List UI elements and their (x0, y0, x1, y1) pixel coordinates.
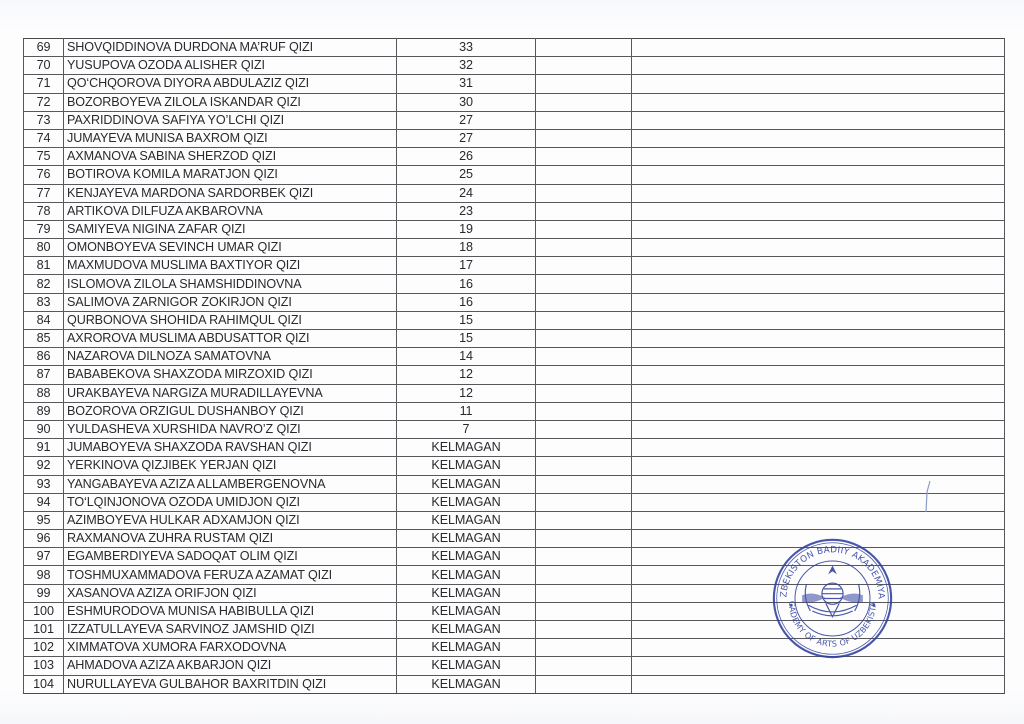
empty-cell (536, 111, 632, 129)
table-row: 97 EGAMBERDIYEVA SADOQAT OLIM QIZI KELMA… (24, 548, 1005, 566)
row-number-cell: 75 (24, 148, 64, 166)
score-cell: 11 (397, 402, 536, 420)
student-name-cell: YANGABAYEVA AZIZA ALLAMBERGENOVNA (64, 475, 397, 493)
table-row: 96 RAXMANOVA ZUHRA RUSTAM QIZI KELMAGAN (24, 530, 1005, 548)
table-row: 102 XIMMATOVA XUMORA FARXODOVNA KELMAGAN (24, 639, 1005, 657)
score-cell: 24 (397, 184, 536, 202)
table-row: 71 QO‘CHQOROVA DIYORA ABDULAZIZ QIZI 31 (24, 75, 1005, 93)
score-cell: KELMAGAN (397, 657, 536, 675)
empty-notes-cell (632, 202, 1005, 220)
empty-cell (536, 657, 632, 675)
empty-cell (536, 384, 632, 402)
table-row: 73 PAXRIDDINOVA SAFIYA YO’LCHI QIZI 27 (24, 111, 1005, 129)
student-name-cell: AZIMBOYEVA HULKAR ADXAMJON QIZI (64, 511, 397, 529)
empty-cell (536, 93, 632, 111)
empty-cell (536, 148, 632, 166)
row-number-cell: 98 (24, 566, 64, 584)
student-name-cell: IZZATULLAYEVA SARVINOZ JAMSHID QIZI (64, 621, 397, 639)
student-name-cell: SAMIYEVA NIGINA ZAFAR QIZI (64, 220, 397, 238)
row-number-cell: 94 (24, 493, 64, 511)
empty-notes-cell (632, 111, 1005, 129)
empty-cell (536, 57, 632, 75)
table-row: 99 XASANOVA AZIZA ORIFJON QIZI KELMAGAN (24, 584, 1005, 602)
empty-cell (536, 530, 632, 548)
student-name-cell: OMONBOYEVA SEVINCH UMAR QIZI (64, 239, 397, 257)
empty-notes-cell (632, 384, 1005, 402)
score-cell: 18 (397, 239, 536, 257)
score-cell: 33 (397, 39, 536, 57)
score-cell: 17 (397, 257, 536, 275)
table-row: 81 MAXMUDOVA MUSLIMA BAXTIYOR QIZI 17 (24, 257, 1005, 275)
row-number-cell: 74 (24, 129, 64, 147)
empty-cell (536, 166, 632, 184)
empty-notes-cell (632, 675, 1005, 693)
empty-notes-cell (632, 148, 1005, 166)
student-name-cell: YULDASHEVA XURSHIDA NAVRO’Z QIZI (64, 420, 397, 438)
empty-cell (536, 293, 632, 311)
student-name-cell: YUSUPOVA OZODA ALISHER QIZI (64, 57, 397, 75)
table-row: 90 YULDASHEVA XURSHIDA NAVRO’Z QIZI 7 (24, 420, 1005, 438)
empty-notes-cell (632, 530, 1005, 548)
student-name-cell: KENJAYEVA MARDONA SARDORBEK QIZI (64, 184, 397, 202)
table-row: 85 AXROROVA MUSLIMA ABDUSATTOR QIZI 15 (24, 330, 1005, 348)
empty-cell (536, 420, 632, 438)
empty-notes-cell (632, 311, 1005, 329)
score-cell: 30 (397, 93, 536, 111)
row-number-cell: 71 (24, 75, 64, 93)
student-name-cell: XASANOVA AZIZA ORIFJON QIZI (64, 584, 397, 602)
score-cell: KELMAGAN (397, 475, 536, 493)
score-cell: KELMAGAN (397, 602, 536, 620)
empty-notes-cell (632, 239, 1005, 257)
student-name-cell: NURULLAYEVA GULBAHOR BAXRITDIN QIZI (64, 675, 397, 693)
table-row: 77 KENJAYEVA MARDONA SARDORBEK QIZI 24 (24, 184, 1005, 202)
empty-notes-cell (632, 548, 1005, 566)
score-cell: KELMAGAN (397, 566, 536, 584)
score-cell: KELMAGAN (397, 457, 536, 475)
table-row: 91 JUMABOYEVA SHAXZODA RAVSHAN QIZI KELM… (24, 439, 1005, 457)
empty-cell (536, 584, 632, 602)
empty-cell (536, 475, 632, 493)
empty-notes-cell (632, 184, 1005, 202)
row-number-cell: 96 (24, 530, 64, 548)
student-name-cell: QURBONOVA SHOHIDA RAHIMQUL QIZI (64, 311, 397, 329)
row-number-cell: 84 (24, 311, 64, 329)
empty-notes-cell (632, 275, 1005, 293)
score-cell: 12 (397, 384, 536, 402)
empty-notes-cell (632, 348, 1005, 366)
student-name-cell: TOSHMUXAMMADOVA FERUZA AZAMAT QIZI (64, 566, 397, 584)
student-name-cell: QO‘CHQOROVA DIYORA ABDULAZIZ QIZI (64, 75, 397, 93)
row-number-cell: 100 (24, 602, 64, 620)
score-cell: 16 (397, 293, 536, 311)
table-row: 76 BOTIROVA KOMILA MARATJON QIZI 25 (24, 166, 1005, 184)
table-row: 79 SAMIYEVA NIGINA ZAFAR QIZI 19 (24, 220, 1005, 238)
student-name-cell: YERKINOVA QIZJIBEK YERJAN QIZI (64, 457, 397, 475)
score-cell: KELMAGAN (397, 493, 536, 511)
score-cell: KELMAGAN (397, 511, 536, 529)
student-name-cell: XIMMATOVA XUMORA FARXODOVNA (64, 639, 397, 657)
student-name-cell: AXROROVA MUSLIMA ABDUSATTOR QIZI (64, 330, 397, 348)
results-table: 69 SHOVQIDDINOVA DURDONA MA’RUF QIZI 33 … (23, 38, 1005, 694)
row-number-cell: 88 (24, 384, 64, 402)
row-number-cell: 87 (24, 366, 64, 384)
empty-notes-cell (632, 366, 1005, 384)
table-row: 93 YANGABAYEVA AZIZA ALLAMBERGENOVNA KEL… (24, 475, 1005, 493)
table-row: 75 AXMANOVA SABINA SHERZOD QIZI 26 (24, 148, 1005, 166)
empty-notes-cell (632, 166, 1005, 184)
empty-notes-cell (632, 75, 1005, 93)
table-row: 74 JUMAYEVA MUNISA BAXROM QIZI 27 (24, 129, 1005, 147)
score-cell: 27 (397, 111, 536, 129)
empty-cell (536, 566, 632, 584)
empty-notes-cell (632, 293, 1005, 311)
row-number-cell: 85 (24, 330, 64, 348)
score-cell: KELMAGAN (397, 621, 536, 639)
row-number-cell: 78 (24, 202, 64, 220)
empty-cell (536, 366, 632, 384)
score-cell: KELMAGAN (397, 548, 536, 566)
table-row: 101 IZZATULLAYEVA SARVINOZ JAMSHID QIZI … (24, 621, 1005, 639)
empty-notes-cell (632, 511, 1005, 529)
empty-cell (536, 184, 632, 202)
empty-cell (536, 348, 632, 366)
row-number-cell: 72 (24, 93, 64, 111)
empty-cell (536, 439, 632, 457)
student-name-cell: JUMABOYEVA SHAXZODA RAVSHAN QIZI (64, 439, 397, 457)
score-cell: 32 (397, 57, 536, 75)
student-name-cell: ESHMURODOVA MUNISA HABIBULLA QIZI (64, 602, 397, 620)
row-number-cell: 95 (24, 511, 64, 529)
score-cell: 15 (397, 311, 536, 329)
row-number-cell: 81 (24, 257, 64, 275)
score-cell: KELMAGAN (397, 639, 536, 657)
student-name-cell: NAZAROVA DILNOZA SAMATOVNA (64, 348, 397, 366)
student-name-cell: BOZOROVA ORZIGUL DUSHANBOY QIZI (64, 402, 397, 420)
student-name-cell: PAXRIDDINOVA SAFIYA YO’LCHI QIZI (64, 111, 397, 129)
student-name-cell: AHMADOVA AZIZA AKBARJON QIZI (64, 657, 397, 675)
empty-notes-cell (632, 457, 1005, 475)
table-row: 80 OMONBOYEVA SEVINCH UMAR QIZI 18 (24, 239, 1005, 257)
score-cell: 12 (397, 366, 536, 384)
row-number-cell: 86 (24, 348, 64, 366)
score-cell: KELMAGAN (397, 675, 536, 693)
score-cell: KELMAGAN (397, 439, 536, 457)
student-name-cell: BABABEKOVA SHAXZODA MIRZOXID QIZI (64, 366, 397, 384)
row-number-cell: 83 (24, 293, 64, 311)
results-table-body: 69 SHOVQIDDINOVA DURDONA MA’RUF QIZI 33 … (24, 39, 1005, 694)
empty-cell (536, 602, 632, 620)
student-name-cell: EGAMBERDIYEVA SADOQAT OLIM QIZI (64, 548, 397, 566)
student-name-cell: JUMAYEVA MUNISA BAXROM QIZI (64, 129, 397, 147)
student-name-cell: URAKBAYEVA NARGIZA MURADILLAYEVNA (64, 384, 397, 402)
table-row: 70 YUSUPOVA OZODA ALISHER QIZI 32 (24, 57, 1005, 75)
table-row: 86 NAZAROVA DILNOZA SAMATOVNA 14 (24, 348, 1005, 366)
score-cell: 27 (397, 129, 536, 147)
row-number-cell: 82 (24, 275, 64, 293)
row-number-cell: 101 (24, 621, 64, 639)
empty-cell (536, 75, 632, 93)
row-number-cell: 77 (24, 184, 64, 202)
row-number-cell: 79 (24, 220, 64, 238)
empty-notes-cell (632, 129, 1005, 147)
empty-cell (536, 220, 632, 238)
empty-notes-cell (632, 602, 1005, 620)
empty-notes-cell (632, 330, 1005, 348)
empty-notes-cell (632, 584, 1005, 602)
row-number-cell: 76 (24, 166, 64, 184)
empty-notes-cell (632, 493, 1005, 511)
empty-cell (536, 675, 632, 693)
score-cell: 19 (397, 220, 536, 238)
student-name-cell: RAXMANOVA ZUHRA RUSTAM QIZI (64, 530, 397, 548)
table-row: 95 AZIMBOYEVA HULKAR ADXAMJON QIZI KELMA… (24, 511, 1005, 529)
empty-notes-cell (632, 402, 1005, 420)
empty-notes-cell (632, 57, 1005, 75)
row-number-cell: 69 (24, 39, 64, 57)
row-number-cell: 102 (24, 639, 64, 657)
row-number-cell: 92 (24, 457, 64, 475)
student-name-cell: MAXMUDOVA MUSLIMA BAXTIYOR QIZI (64, 257, 397, 275)
score-cell: 15 (397, 330, 536, 348)
empty-cell (536, 511, 632, 529)
table-row: 69 SHOVQIDDINOVA DURDONA MA’RUF QIZI 33 (24, 39, 1005, 57)
empty-cell (536, 129, 632, 147)
row-number-cell: 90 (24, 420, 64, 438)
student-name-cell: SALIMOVA ZARNIGOR ZOKIRJON QIZI (64, 293, 397, 311)
student-name-cell: AXMANOVA SABINA SHERZOD QIZI (64, 148, 397, 166)
empty-cell (536, 257, 632, 275)
row-number-cell: 89 (24, 402, 64, 420)
row-number-cell: 99 (24, 584, 64, 602)
row-number-cell: 103 (24, 657, 64, 675)
empty-cell (536, 330, 632, 348)
empty-cell (536, 457, 632, 475)
score-cell: 16 (397, 275, 536, 293)
student-name-cell: SHOVQIDDINOVA DURDONA MA’RUF QIZI (64, 39, 397, 57)
empty-cell (536, 493, 632, 511)
row-number-cell: 80 (24, 239, 64, 257)
empty-notes-cell (632, 420, 1005, 438)
table-row: 87 BABABEKOVA SHAXZODA MIRZOXID QIZI 12 (24, 366, 1005, 384)
row-number-cell: 104 (24, 675, 64, 693)
empty-notes-cell (632, 621, 1005, 639)
empty-cell (536, 639, 632, 657)
empty-cell (536, 239, 632, 257)
table-row: 104 NURULLAYEVA GULBAHOR BAXRITDIN QIZI … (24, 675, 1005, 693)
empty-cell (536, 402, 632, 420)
table-row: 88 URAKBAYEVA NARGIZA MURADILLAYEVNA 12 (24, 384, 1005, 402)
student-name-cell: BOZORBOYEVA ZILOLA ISKANDAR QIZI (64, 93, 397, 111)
row-number-cell: 70 (24, 57, 64, 75)
row-number-cell: 93 (24, 475, 64, 493)
table-row: 92 YERKINOVA QIZJIBEK YERJAN QIZI KELMAG… (24, 457, 1005, 475)
score-cell: 25 (397, 166, 536, 184)
table-row: 72 BOZORBOYEVA ZILOLA ISKANDAR QIZI 30 (24, 93, 1005, 111)
empty-cell (536, 275, 632, 293)
table-row: 103 AHMADOVA AZIZA AKBARJON QIZI KELMAGA… (24, 657, 1005, 675)
table-row: 78 ARTIKOVA DILFUZA AKBAROVNA 23 (24, 202, 1005, 220)
score-cell: 7 (397, 420, 536, 438)
empty-cell (536, 311, 632, 329)
student-name-cell: TO‘LQINJONOVA OZODA UMIDJON QIZI (64, 493, 397, 511)
row-number-cell: 91 (24, 439, 64, 457)
row-number-cell: 73 (24, 111, 64, 129)
table-row: 84 QURBONOVA SHOHIDA RAHIMQUL QIZI 15 (24, 311, 1005, 329)
table-row: 83 SALIMOVA ZARNIGOR ZOKIRJON QIZI 16 (24, 293, 1005, 311)
table-row: 82 ISLOMOVA ZILOLA SHAMSHIDDINOVNA 16 (24, 275, 1005, 293)
empty-notes-cell (632, 257, 1005, 275)
table-row: 94 TO‘LQINJONOVA OZODA UMIDJON QIZI KELM… (24, 493, 1005, 511)
table-row: 98 TOSHMUXAMMADOVA FERUZA AZAMAT QIZI KE… (24, 566, 1005, 584)
score-cell: 26 (397, 148, 536, 166)
empty-notes-cell (632, 39, 1005, 57)
score-cell: 14 (397, 348, 536, 366)
empty-notes-cell (632, 657, 1005, 675)
score-cell: 31 (397, 75, 536, 93)
student-name-cell: ISLOMOVA ZILOLA SHAMSHIDDINOVNA (64, 275, 397, 293)
empty-notes-cell (632, 220, 1005, 238)
empty-notes-cell (632, 639, 1005, 657)
empty-notes-cell (632, 566, 1005, 584)
student-name-cell: BOTIROVA KOMILA MARATJON QIZI (64, 166, 397, 184)
empty-notes-cell (632, 439, 1005, 457)
empty-cell (536, 39, 632, 57)
score-cell: KELMAGAN (397, 584, 536, 602)
student-name-cell: ARTIKOVA DILFUZA AKBAROVNA (64, 202, 397, 220)
score-cell: KELMAGAN (397, 530, 536, 548)
empty-cell (536, 548, 632, 566)
row-number-cell: 97 (24, 548, 64, 566)
empty-notes-cell (632, 93, 1005, 111)
empty-cell (536, 202, 632, 220)
score-cell: 23 (397, 202, 536, 220)
table-row: 89 BOZOROVA ORZIGUL DUSHANBOY QIZI 11 (24, 402, 1005, 420)
table-row: 100 ESHMURODOVA MUNISA HABIBULLA QIZI KE… (24, 602, 1005, 620)
empty-notes-cell (632, 475, 1005, 493)
empty-cell (536, 621, 632, 639)
